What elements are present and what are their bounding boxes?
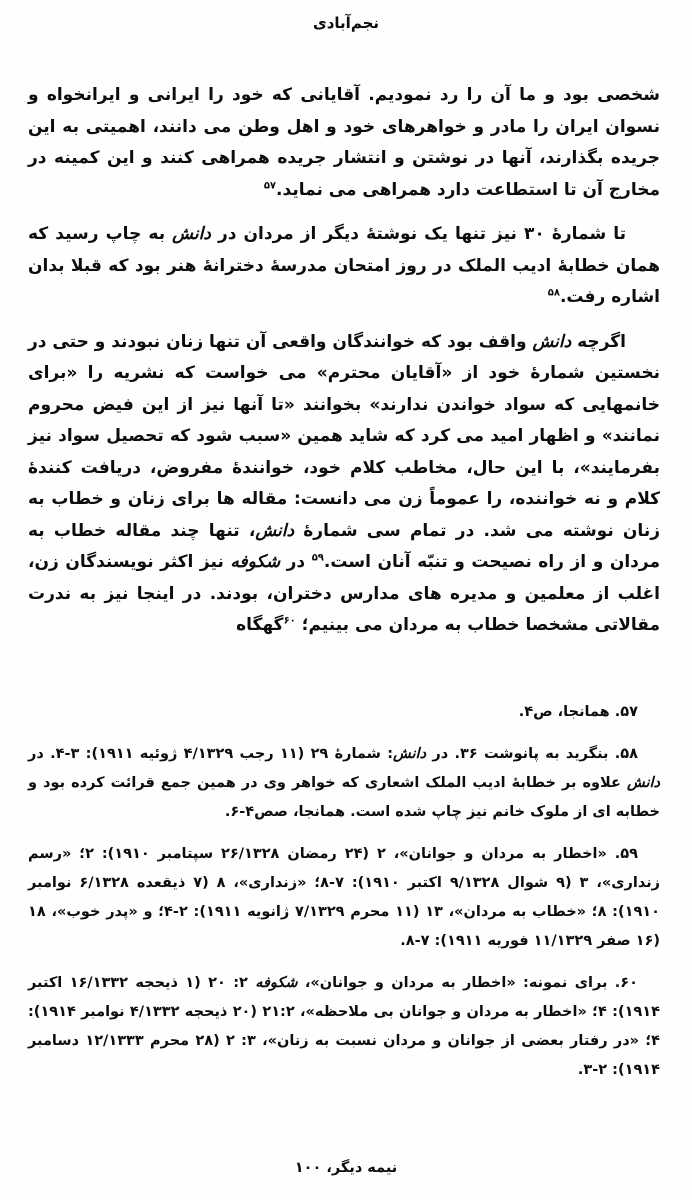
- footnote: ۵۸. بنگرید به پانوشت ۳۶. در دانش: شمارهٔ…: [28, 740, 660, 827]
- footnote: ۵۹. «اخطار به مردان و جوانان»، ۲ (۲۴ رمض…: [28, 840, 660, 956]
- footnotes-list: ۵۷. همانجا، ص۴.۵۸. بنگرید به پانوشت ۳۶. …: [28, 698, 660, 1085]
- footnote-marker: ۵۹: [312, 552, 324, 563]
- footnote: ۵۷. همانجا، ص۴.: [28, 698, 660, 727]
- document-page: نجم‌آبادی شخصی بود و ما آن را رد نمودیم.…: [0, 0, 692, 1200]
- page-content: شخصی بود و ما آن را رد نمودیم. آقایانی ک…: [28, 80, 660, 1098]
- footnote-marker: ۵۷: [264, 180, 276, 191]
- running-header: نجم‌آبادی: [0, 14, 692, 32]
- body-paragraphs: شخصی بود و ما آن را رد نمودیم. آقایانی ک…: [28, 80, 660, 642]
- footnote: ۶۰. برای نمونه: «اخطار به مردان و جوانان…: [28, 969, 660, 1085]
- paragraph: تا شمارهٔ ۳۰ نیز تنها یک نوشتهٔ دیگر از …: [28, 219, 660, 314]
- page-footer: نیمه دیگر، ۱۰۰: [0, 1160, 692, 1176]
- paragraph: شخصی بود و ما آن را رد نمودیم. آقایانی ک…: [28, 80, 660, 206]
- footnote-marker: ۵۸: [548, 287, 560, 298]
- paragraph: اگرچه دانش واقف بود که خوانندگان واقعی آ…: [28, 327, 660, 642]
- footnote-marker: ۶۰: [284, 615, 296, 626]
